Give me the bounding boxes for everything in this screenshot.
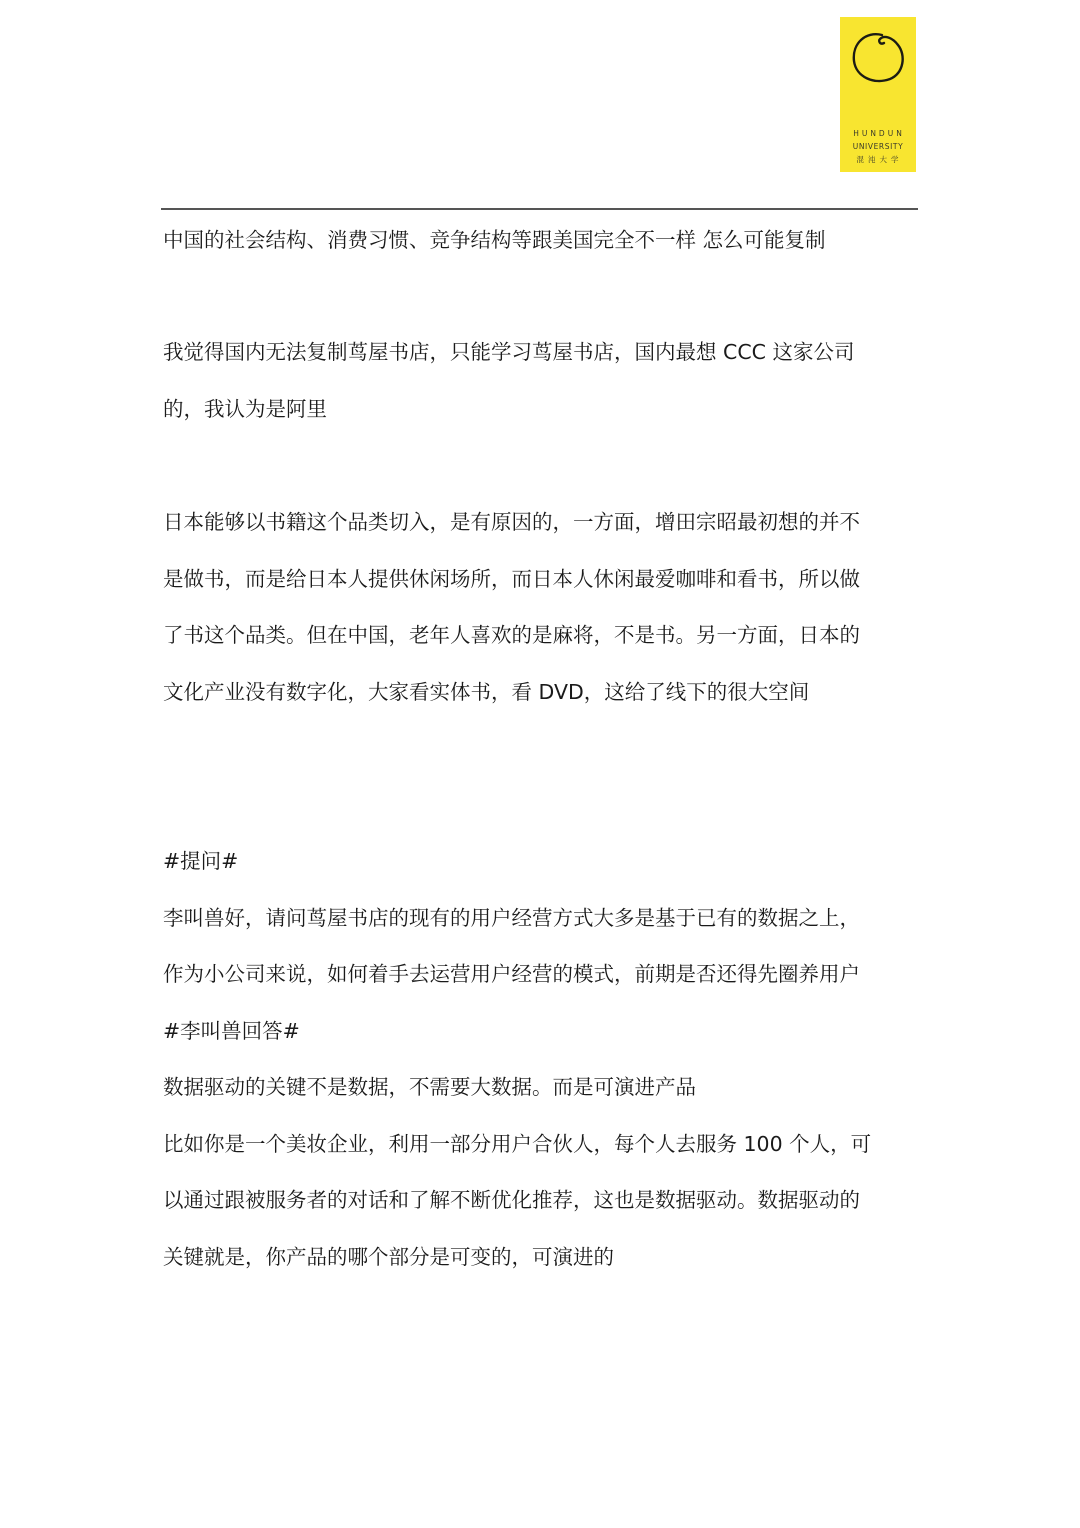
paragraph-line: 是做书，而是给日本人提供休闲场所，而日本人休闲最爱咖啡和看书，所以做 (163, 569, 860, 590)
hundun-university-logo: HUNDUN UNIVERSITY 混沌大学 (840, 17, 916, 172)
logo-text-university: UNIVERSITY (840, 143, 916, 151)
question-line: 作为小公司来说，如何着手去运营用户经营的模式，前期是否还得先圈养用户 (163, 964, 860, 985)
answer-line: 比如你是一个美妆企业，利用一部分用户合伙人，每个人去服务 100 个人，可 (163, 1134, 871, 1155)
logo-text-chinese: 混沌大学 (840, 156, 916, 164)
paragraph-line: 我觉得国内无法复制茑屋书店，只能学习茑屋书店，国内最想 CCC 这家公司 (163, 342, 854, 363)
paragraph-line: 的，我认为是阿里 (163, 399, 327, 420)
question-tag: #提问# (163, 851, 238, 872)
question-title: 中国的社会结构、消费习惯、竞争结构等跟美国完全不一样 怎么可能复制 (163, 230, 826, 251)
answer-line: 以通过跟被服务者的对话和了解不断优化推荐，这也是数据驱动。数据驱动的 (163, 1190, 860, 1211)
paragraph-line: 日本能够以书籍这个品类切入，是有原因的，一方面，增田宗昭最初想的并不 (163, 512, 860, 533)
logo-text-hundun: HUNDUN (840, 130, 916, 138)
question-line: 李叫兽好，请问茑屋书店的现有的用户经营方式大多是基于已有的数据之上， (163, 908, 860, 929)
answer-line: 关键就是，你产品的哪个部分是可变的，可演进的 (163, 1247, 614, 1268)
paragraph-line: 了书这个品类。但在中国，老年人喜欢的是麻将，不是书。另一方面，日本的 (163, 625, 860, 646)
answer-tag: #李叫兽回答# (163, 1021, 300, 1042)
header-divider (161, 208, 918, 210)
paragraph-line: 文化产业没有数字化，大家看实体书，看 DVD，这给了线下的很大空间 (163, 682, 809, 703)
answer-line: 数据驱动的关键不是数据，不需要大数据。而是可演进产品 (163, 1077, 696, 1098)
enso-circle-icon (846, 27, 910, 91)
